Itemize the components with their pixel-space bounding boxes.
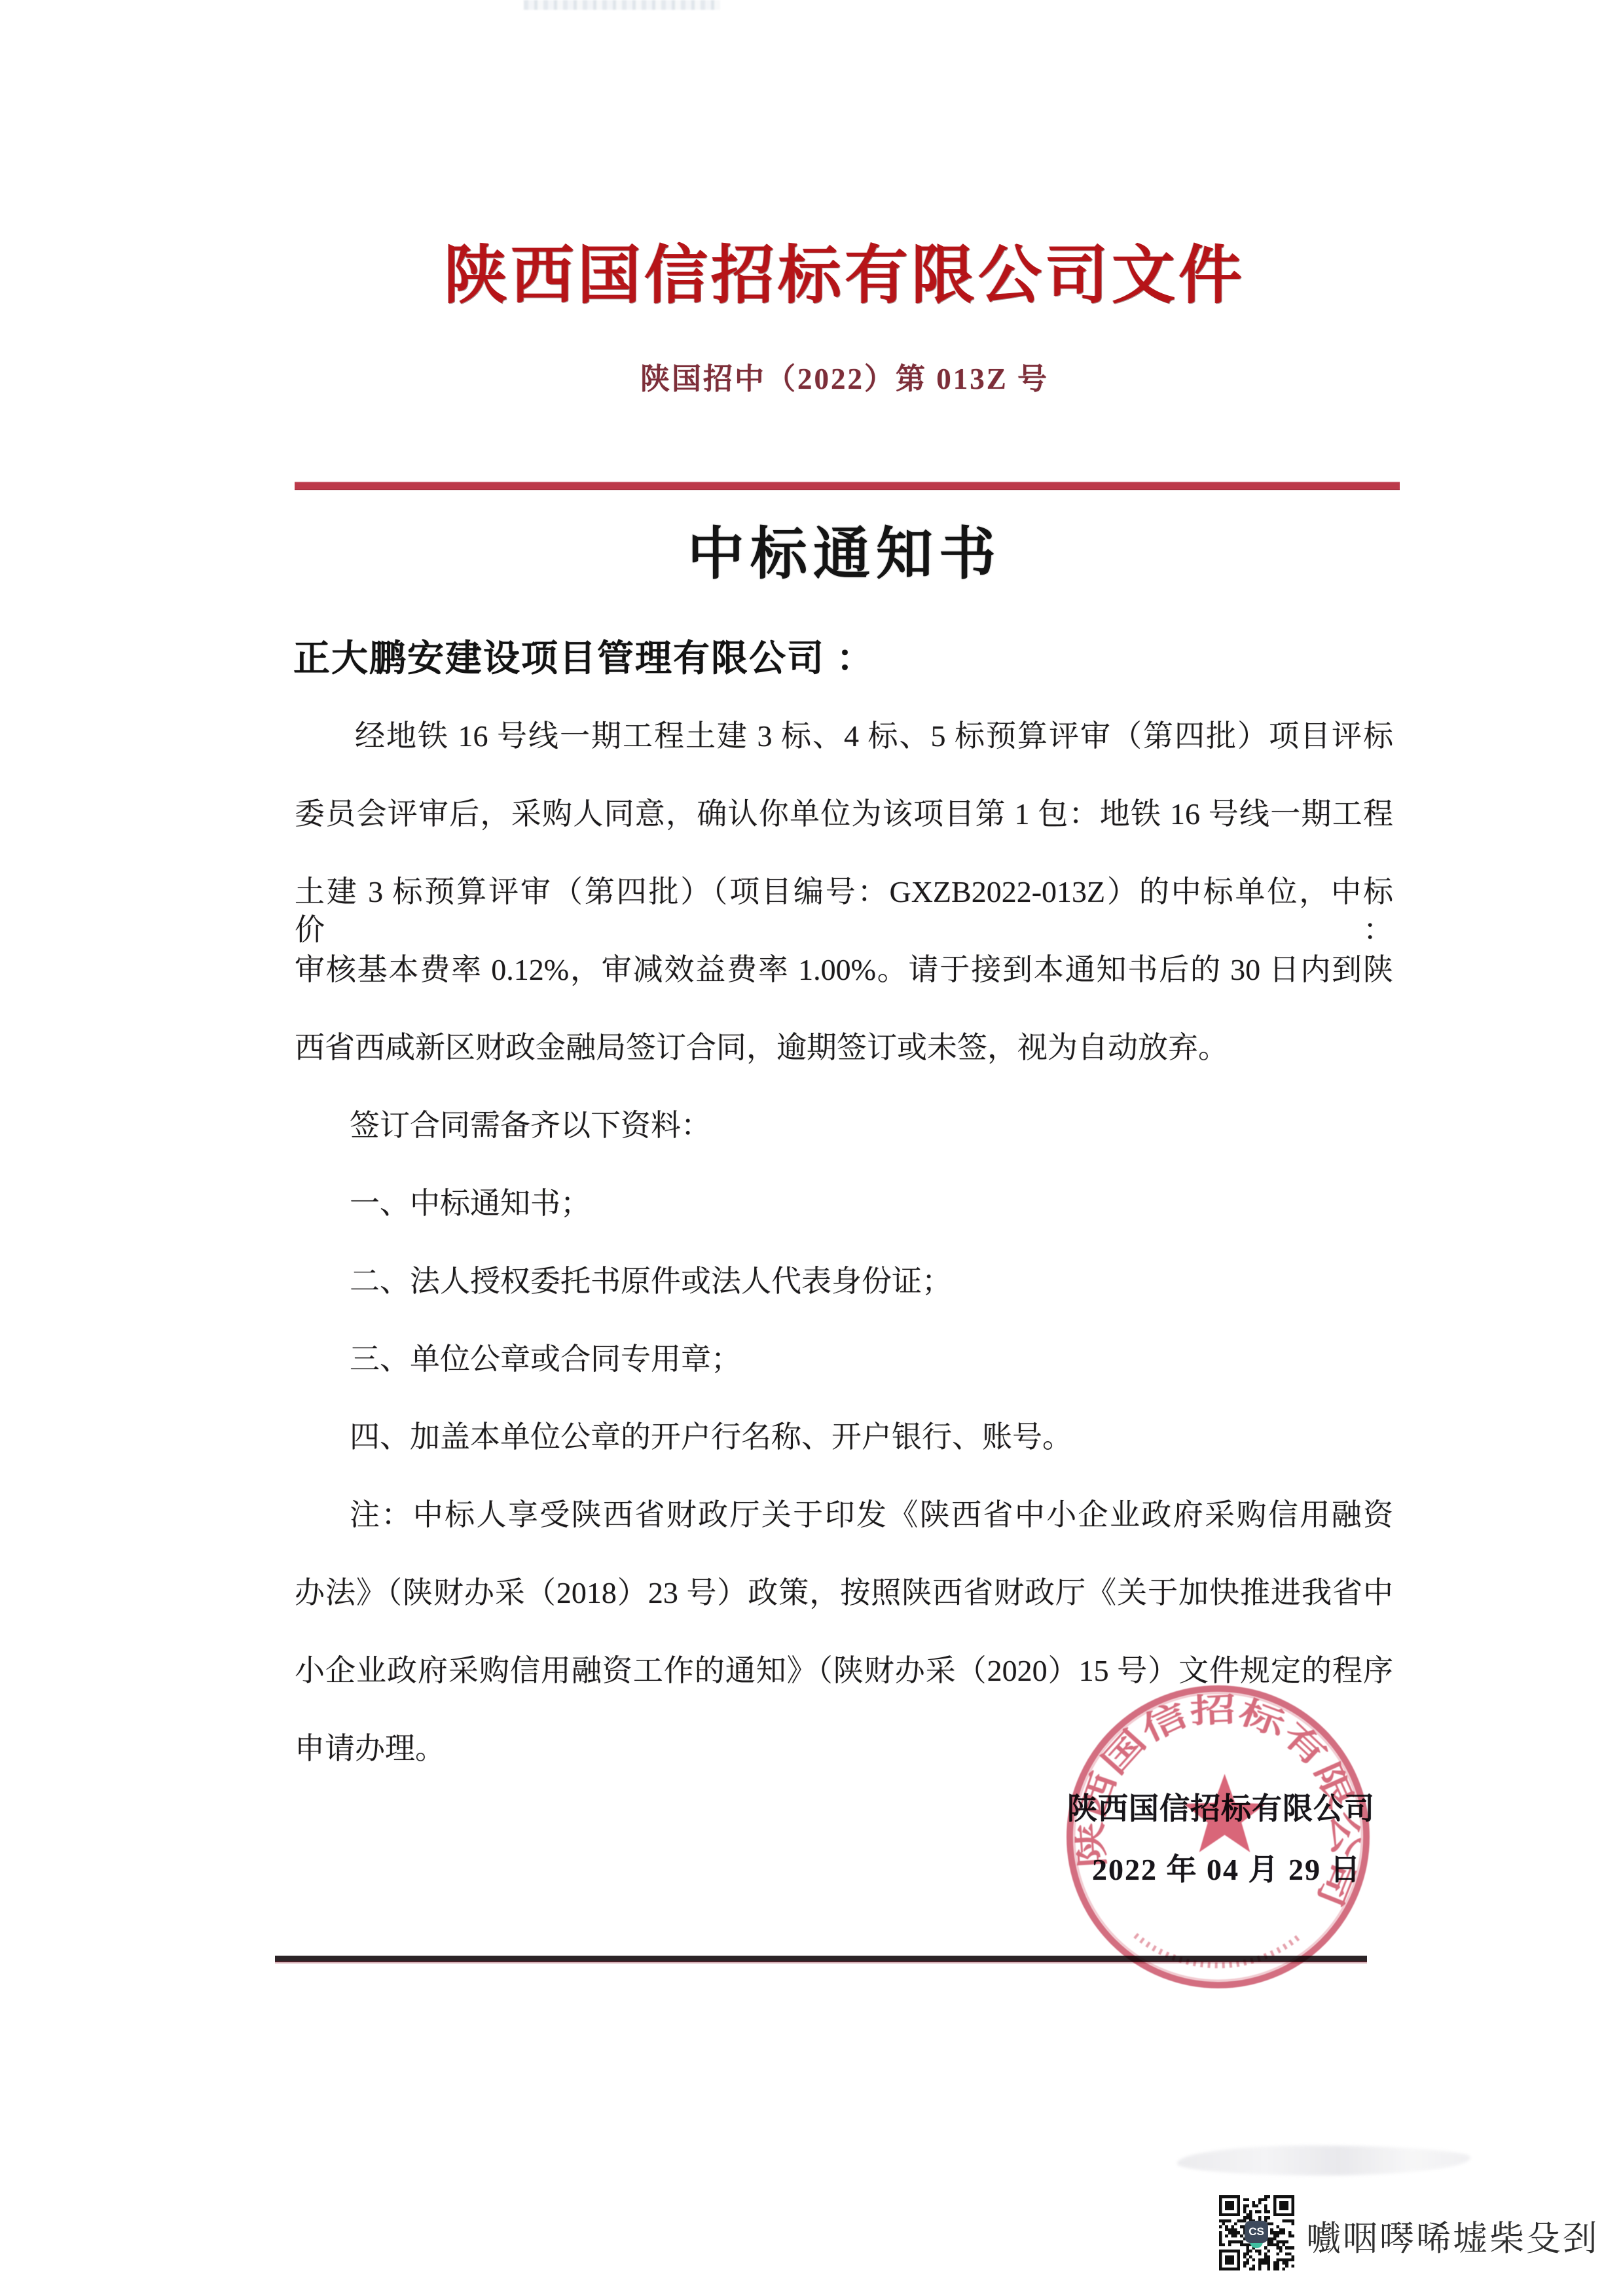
camscanner-logo: CS xyxy=(1245,2221,1268,2251)
material-item: 四、加盖本单位公章的开户行名称、开户银行、账号。 xyxy=(295,1418,1393,1456)
letterhead-red-rule xyxy=(295,482,1400,490)
body-line: 经地铁 16 号线一期工程土建 3 标、4 标、5 标预算评审（第四批）项目评标 xyxy=(295,717,1393,755)
notice-heading: 中标通知书 xyxy=(295,508,1395,590)
addressee-line: 正大鹏安建设项目管理有限公司 ： xyxy=(293,630,1406,682)
note-line: 办法》（陕财办采（2018）23 号）政策，按照陕西省财政厅《关于加快推进我省中 xyxy=(295,1574,1393,1612)
scan-smudge xyxy=(1177,2145,1470,2176)
body-line: 西省西咸新区财政金融局签订合同，逾期签订或未签，视为自动放弃。 xyxy=(295,1029,1393,1067)
company-stamp: 陕西国信招标有限公司 xyxy=(1065,1684,1371,1990)
star-icon xyxy=(1184,1774,1266,1852)
stamp-bottom-microtext xyxy=(1135,1935,1301,1965)
scan-artifact-strip xyxy=(524,0,720,10)
material-item: 三、单位公章或合同专用章； xyxy=(295,1340,1393,1378)
note-line: 注：中标人享受陕西省财政厅关于印发《陕西省中小企业政府采购信用融资 xyxy=(295,1496,1393,1534)
materials-intro-line: 签订合同需备齐以下资料： xyxy=(295,1107,1393,1145)
material-item: 二、法人授权委托书原件或法人代表身份证； xyxy=(295,1263,1393,1300)
document-number: 陕国招中（2022）第 013Z 号 xyxy=(196,355,1493,397)
camscanner-logo-square: CS xyxy=(1245,2221,1268,2243)
watermark-text: 嚱咽噖唏墟柴殳刭 xyxy=(1306,2211,1614,2261)
body-line: 审核基本费率 0.12%，审减效益费率 1.00%。请于接到本通知书后的 30 … xyxy=(295,951,1393,989)
letterhead-title: 陕西国信招标有限公司文件 xyxy=(196,240,1493,313)
scanned-document-page: 陕西国信招标有限公司文件 陕国招中（2022）第 013Z 号 中标通知书 正大… xyxy=(0,0,1623,2296)
body-line: 委员会评审后，采购人同意，确认你单位为该项目第 1 包：地铁 16 号线一期工程 xyxy=(295,795,1393,833)
body-line: 土建 3 标预算评审（第四批）（项目编号：GXZB2022-013Z）的中标单位… xyxy=(295,873,1393,949)
material-item: 一、中标通知书； xyxy=(295,1185,1393,1223)
